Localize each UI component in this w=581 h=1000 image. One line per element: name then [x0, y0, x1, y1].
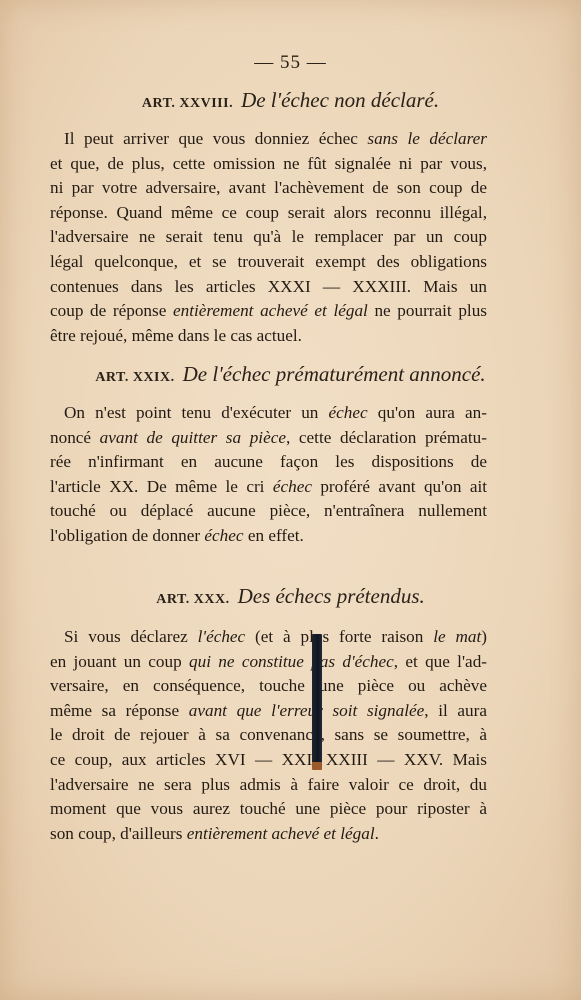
bookmark-tab: [312, 634, 322, 770]
text-line: l'obligation de donner échec en effet.: [50, 524, 487, 549]
text-line: Si vous déclarez l'échec (et à plus fort…: [50, 625, 487, 650]
article-title: De l'échec prématurément annoncé.: [183, 362, 486, 386]
text-line: noncé avant de quitter sa pièce, cette d…: [50, 426, 487, 451]
article-heading-xxviii: ART. XXVIII. De l'échec non déclaré.: [0, 88, 581, 113]
text-line: en jouant un coup qui ne constitue pas d…: [50, 650, 487, 675]
text-line: versaire, en conséquence, touche une piè…: [50, 674, 487, 699]
article-label: ART. XXX.: [156, 592, 229, 607]
text-line: Il peut arriver que vous donniez échec s…: [50, 127, 487, 152]
article-body-xxviii: Il peut arriver que vous donniez échec s…: [50, 127, 487, 348]
text-line: rée n'infirmant en aucune façon les disp…: [50, 450, 487, 475]
article-heading-xxix: ART. XXIX. De l'échec prématurément anno…: [0, 362, 581, 387]
text-line: l'adversaire ne sera plus admis à faire …: [50, 773, 487, 798]
text-line: et que, de plus, cette omission ne fût s…: [50, 152, 487, 177]
text-line: son coup, d'ailleurs entièrement achevé …: [50, 822, 487, 847]
text-line: contenues dans les articles XXXI — XXXII…: [50, 275, 487, 300]
text-line: légal quelconque, et se trouverait exemp…: [50, 250, 487, 275]
article-heading-xxx: ART. XXX. Des échecs prétendus.: [0, 584, 581, 609]
article-body-xxix: On n'est point tenu d'exécuter un échec …: [50, 401, 487, 549]
text-line: moment que vous aurez touché une pièce p…: [50, 797, 487, 822]
page-number: — 55 —: [0, 52, 581, 74]
text-line: touché ou déplacé aucune pièce, n'entraî…: [50, 499, 487, 524]
text-line: même sa réponse avant que l'erreur soit …: [50, 699, 487, 724]
article-title: De l'échec non déclaré.: [241, 88, 439, 112]
text-line: réponse. Quand même ce coup serait alors…: [50, 201, 487, 226]
article-title: Des échecs prétendus.: [238, 584, 425, 608]
article-body-xxx: Si vous déclarez l'échec (et à plus fort…: [50, 625, 487, 846]
text-line: l'article XX. De même le cri échec profé…: [50, 475, 487, 500]
text-line: ce coup, aux articles XVI — XXI, XXIII —…: [50, 748, 487, 773]
article-label: ART. XXIX.: [95, 370, 174, 385]
text-line: le droit de rejouer à sa convenance, san…: [50, 723, 487, 748]
article-label: ART. XXVIII.: [142, 96, 233, 111]
text-line: être rejoué, même dans le cas actuel.: [50, 324, 487, 349]
text-line: coup de réponse entièrement achevé et lé…: [50, 299, 487, 324]
text-line: On n'est point tenu d'exécuter un échec …: [50, 401, 487, 426]
text-line: ni par votre adversaire, avant l'achèvem…: [50, 176, 487, 201]
book-page: — 55 — ART. XXVIII. De l'échec non décla…: [0, 0, 581, 1000]
text-line: l'adversaire ne serait tenu qu'à le remp…: [50, 225, 487, 250]
